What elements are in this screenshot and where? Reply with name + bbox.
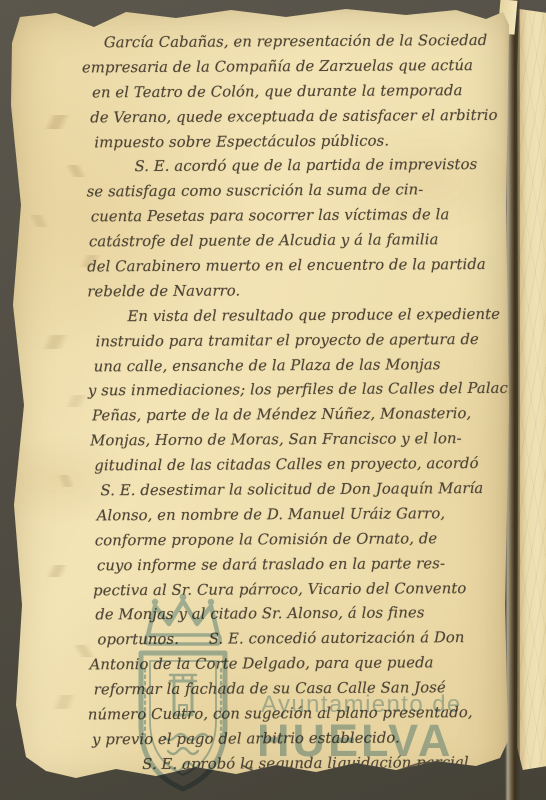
manuscript-line: Peñas, parte de la de Méndez Núñez, Mona… [92, 402, 527, 430]
manuscript-line: y sus inmediaciones; los perfiles de las… [88, 377, 527, 405]
manuscript-line: S. E. acordó que de la partida de imprev… [134, 153, 525, 180]
manuscript-line: instruido para tramitar el proyecto de a… [96, 327, 527, 355]
manuscript-line: rebelde de Navarro. [87, 278, 526, 306]
manuscript-line: reformar la fachada de su Casa Calle San… [94, 676, 529, 704]
manuscript-text-block: García Cabañas, en representación de la … [96, 29, 529, 778]
manuscript-line: se satisfaga como suscrición la suma de … [87, 178, 526, 206]
manuscript-line: cuyo informe se dará traslado en la part… [97, 551, 528, 579]
manuscript-line: pectiva al Sr. Cura párroco, Vicario del… [93, 576, 528, 604]
manuscript-line: Alonso, en nombre de D. Manuel Uráiz Gar… [97, 502, 528, 530]
manuscript-line: Monjas, Horno de Moras, San Francisco y … [90, 427, 527, 455]
manuscript-page: García Cabañas, en representación de la … [6, 5, 509, 791]
manuscript-line: S. E. desestimar la solicitud de Don Joa… [100, 477, 527, 504]
manuscript-line: del Carabinero muerto en el encuentro de… [87, 253, 526, 281]
manuscript-line: oportunos. S. E. concedió autorización á… [97, 626, 528, 654]
manuscript-line: y previo el pago del arbitrio establecid… [92, 726, 529, 754]
manuscript-line: cuenta Pesetas para socorrer las víctima… [91, 203, 526, 231]
manuscript-line: en el Teatro de Colón, que durante la te… [92, 78, 525, 106]
manuscript-line: En vista del resultado que produce el ex… [127, 302, 526, 329]
manuscript-line: impuesto sobre Espectáculos públicos. [94, 128, 525, 156]
scanned-manuscript-view: García Cabañas, en representación de la … [0, 0, 546, 800]
manuscript-line: Antonio de la Corte Delgado, para que pu… [90, 651, 529, 679]
manuscript-line: una calle, ensanche de la Plaza de las M… [94, 352, 527, 380]
manuscript-line: gitudinal de las citadas Calles en proye… [94, 452, 527, 480]
manuscript-line: de Monjas y al citado Sr. Alonso, á los … [95, 601, 528, 629]
manuscript-line: conforme propone la Comisión de Ornato, … [95, 527, 528, 555]
signature-flourish [230, 751, 460, 791]
manuscript-line: de Verano, quede exceptuada de satisface… [90, 103, 525, 131]
manuscript-line: catástrofe del puente de Alcudia y á la … [89, 228, 526, 256]
manuscript-line: número Cuatro, con sugeción al plano pre… [88, 701, 529, 729]
manuscript-line: García Cabañas, en representación de la … [104, 29, 525, 56]
manuscript-line: empresaria de la Compañía de Zarzuelas q… [82, 54, 525, 82]
adjacent-page-edge [517, 9, 546, 770]
